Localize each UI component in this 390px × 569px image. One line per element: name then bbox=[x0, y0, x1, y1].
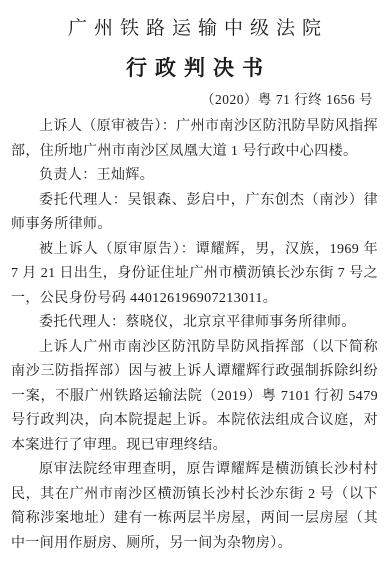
court-name: 广州铁路运输中级法院 bbox=[11, 16, 378, 42]
paragraph-facts-found: 原审法院经审理查明，原告谭耀辉是横沥镇长沙村村民，其在广州市南沙区横沥镇长沙村长… bbox=[11, 458, 378, 556]
case-number: （2020）粤 71 行终 1656 号 bbox=[11, 91, 378, 109]
paragraph-appellee: 被上诉人（原审原告）：谭耀辉，男，汉族，1969 年 7 月 21 日出生，身份… bbox=[11, 238, 378, 312]
document-title: 行政判决书 bbox=[11, 54, 378, 82]
paragraph-case-summary: 上诉人广州市南沙区防汛防旱防风指挥部（以下简称南沙三防指挥部）因与被上诉人谭耀辉… bbox=[11, 336, 378, 459]
document-body: 上诉人（原审被告）：广州市南沙区防汛防旱防风指挥部，住所地广州市南沙区凤凰大道 … bbox=[11, 115, 378, 556]
paragraph-appellant-agents: 委托代理人：吴银森、彭启中，广东创杰（南沙）律师事务所律师。 bbox=[11, 189, 378, 238]
paragraph-person-in-charge: 负责人：王灿辉。 bbox=[11, 164, 378, 189]
judgment-page: 广州铁路运输中级法院 行政判决书 （2020）粤 71 行终 1656 号 上诉… bbox=[0, 0, 390, 569]
paragraph-appellant: 上诉人（原审被告）：广州市南沙区防汛防旱防风指挥部，住所地广州市南沙区凤凰大道 … bbox=[11, 115, 378, 164]
paragraph-appellee-agent: 委托代理人：蔡晓仪，北京京平律师事务所律师。 bbox=[11, 311, 378, 336]
